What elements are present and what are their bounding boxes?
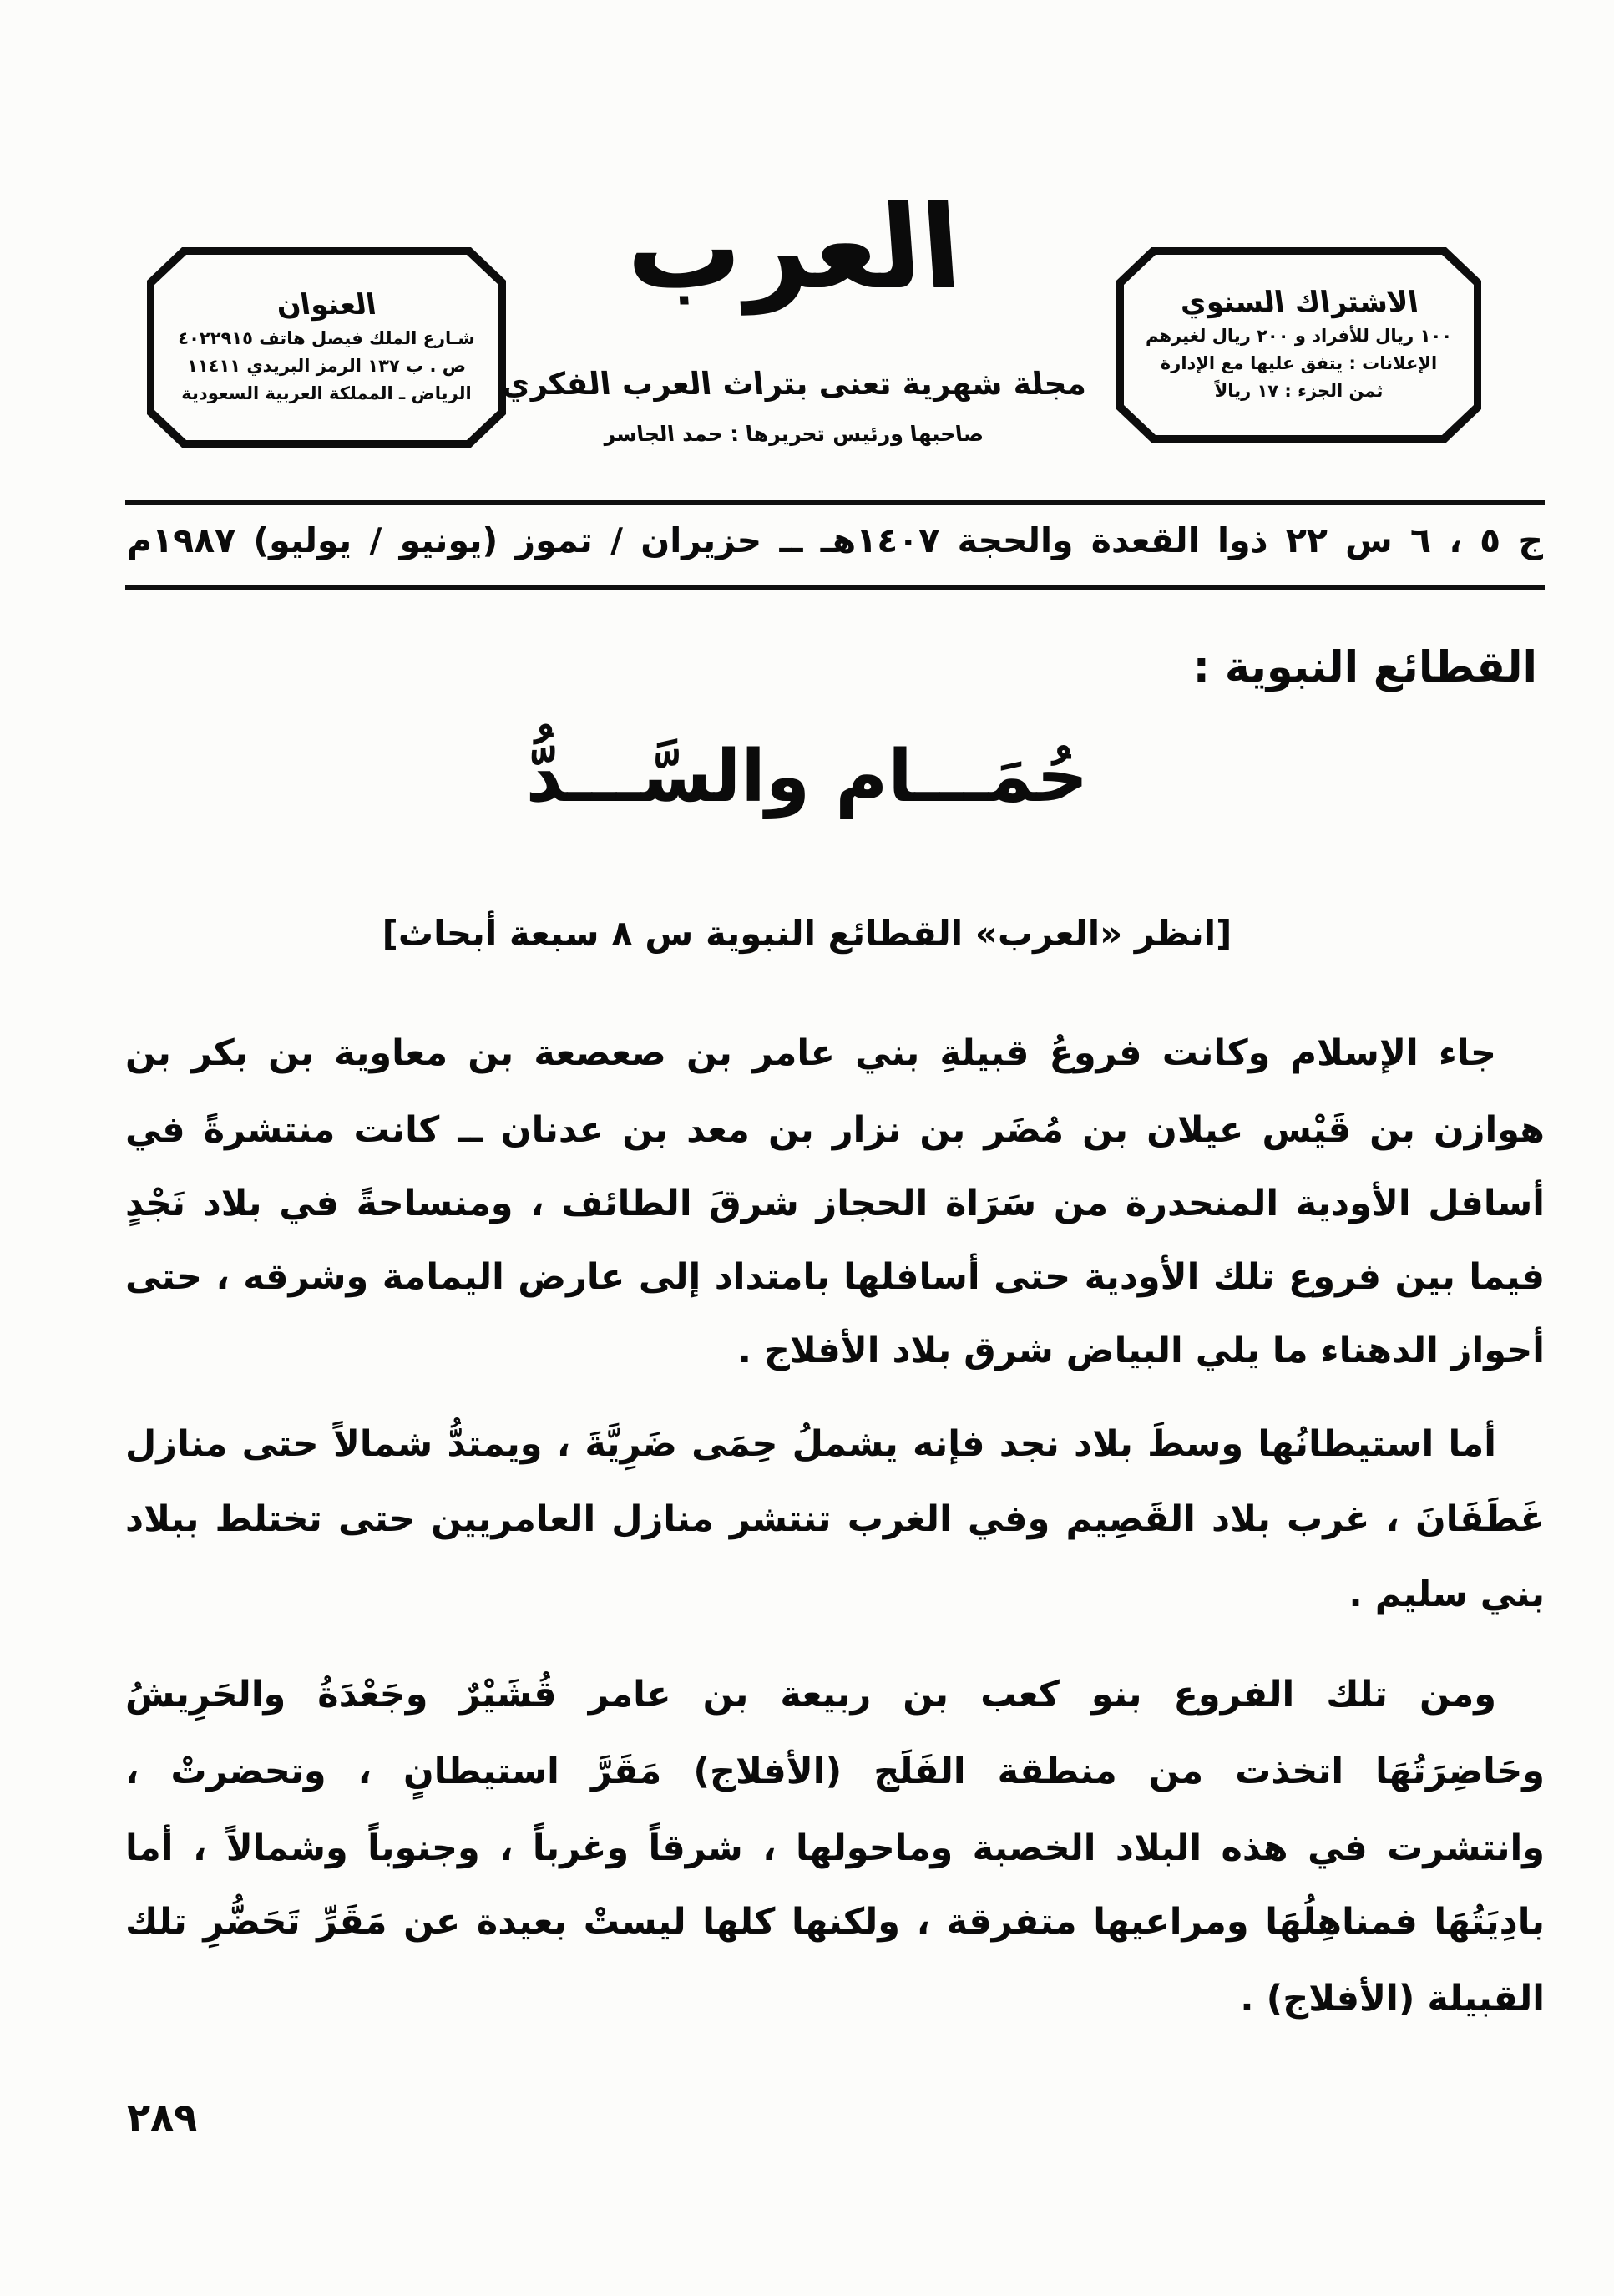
- subscription-line-rates: ١٠٠ ريال للأفراد و ٢٠٠ ريال لغيرهم: [1146, 325, 1452, 347]
- body-line: أحواز الدهناء ما يلي البياض شرق بلاد الأ…: [125, 1326, 1545, 1395]
- bottom-rule: [125, 585, 1545, 590]
- article-title: حُمَـــام والسَّـــدُّ: [250, 735, 1364, 819]
- body-line: فيما بين فروع تلك الأودية حتى أسافلها با…: [125, 1253, 1545, 1321]
- address-line-city: الرياض ـ المملكة العربية السعودية: [181, 383, 471, 404]
- subscription-box-frame: الاشتراك السنوي ١٠٠ ريال للأفراد و ٢٠٠ ر…: [1124, 255, 1474, 435]
- subscription-line-price: ثمن الجزء : ١٧ ريالاً: [1215, 380, 1384, 402]
- issue-date-line: ج ٥ ، ٦ س ٢٢ ذوا القعدة والحجة ١٤٠٧هـ ــ…: [127, 515, 1543, 567]
- magazine-subtitle: مجلة شهرية تعنى بتراث العرب الفكري: [449, 366, 1138, 402]
- body-line: أسافل الأودية المنحدرة من سَرَاة الحجاز …: [125, 1179, 1545, 1248]
- body-line: بني سليم .: [125, 1570, 1545, 1639]
- reference-note: [انظر «العرب» القطائع النبوية س ٨ سبعة أ…: [125, 913, 1489, 954]
- address-line-street: شـارع الملك فيصل هاتف ٤٠٢٢٩١٥: [178, 327, 475, 349]
- address-box-title: العنوان: [275, 290, 379, 321]
- magazine-title: العرب: [513, 182, 1073, 315]
- body-line: هوازن بن قَيْس عيلان بن مُضَر بن نزار بن…: [125, 1106, 1545, 1174]
- body-line: القبيلة (الأفلاج) .: [125, 1974, 1545, 2043]
- body-line: بادِيَتُهَا فمناهِلُهَا ومراعيها متفرقة …: [125, 1898, 1545, 1966]
- page-number: ٢٨٩: [127, 2095, 197, 2140]
- body-line: أما استيطانُها وسطَ بلاد نجد فإنه يشملُ …: [125, 1420, 1545, 1488]
- body-line: ومن تلك الفروع بنو كعب بن ربيعة بن عامر …: [125, 1670, 1545, 1739]
- subscription-box-title: الاشتراك السنوي: [1177, 287, 1420, 318]
- body-line: جاء الإسلام وكانت فروعُ قبيلةِ بني عامر …: [125, 1029, 1545, 1097]
- section-heading: القطائع النبوية :: [1193, 643, 1537, 692]
- top-rule: [125, 500, 1545, 505]
- body-line: غَطَفَانَ ، غرب بلاد القَصِيم وفي الغرب …: [125, 1495, 1545, 1564]
- editor-line: صاحبها ورئيس تحريرها : حمد الجاسر: [516, 422, 1070, 446]
- address-box: العنوان شـارع الملك فيصل هاتف ٤٠٢٢٩١٥ ص …: [147, 247, 506, 448]
- body-line: وانتشرت في هذه البلاد الخصبة وماحولها ، …: [125, 1824, 1545, 1893]
- subscription-line-ads: الإعلانات : يتفق عليها مع الإدارة: [1161, 352, 1437, 374]
- body-line: وحَاضِرَتُهَا اتخذت من منطقة الفَلَج (ال…: [125, 1747, 1545, 1816]
- address-box-frame: العنوان شـارع الملك فيصل هاتف ٤٠٢٢٩١٥ ص …: [154, 255, 498, 440]
- subscription-box: الاشتراك السنوي ١٠٠ ريال للأفراد و ٢٠٠ ر…: [1116, 247, 1481, 443]
- address-line-pobox: ص . ب ١٣٧ الرمز البريدي ١١٤١١: [187, 355, 466, 377]
- magazine-page: العنوان شـارع الملك فيصل هاتف ٤٠٢٢٩١٥ ص …: [0, 0, 1614, 2296]
